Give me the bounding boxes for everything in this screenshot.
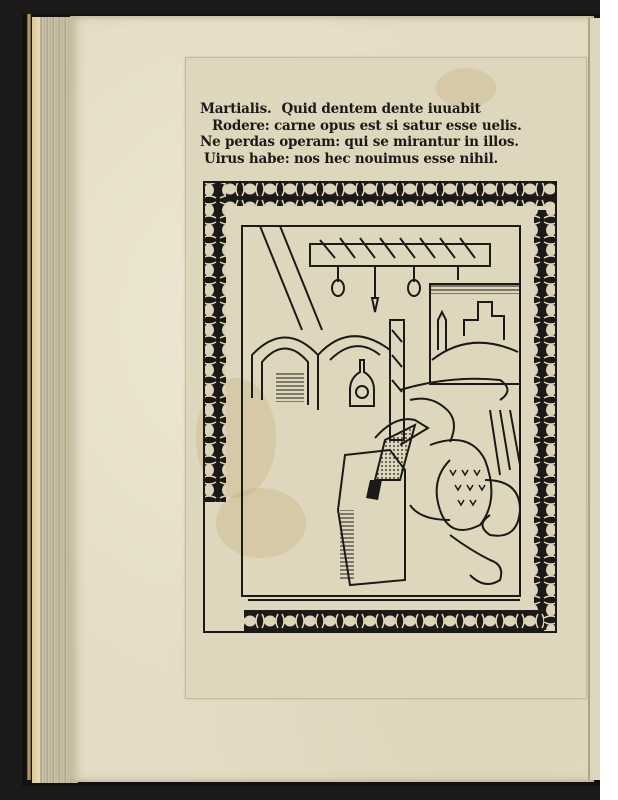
verse-line-2: Rodere: carne opus est si satur esse uel…	[200, 118, 560, 135]
verse-line-4: Uirus habe: nos hec nouimus esse nihil.	[200, 151, 560, 168]
dragon-woodcut-icon	[200, 180, 560, 637]
gilt-edge-line	[27, 14, 31, 780]
author-label: Martialis.	[200, 101, 271, 117]
epigram-text: Martialis.Quid dentem dente iuuabit Rode…	[200, 101, 560, 167]
verse-text: Quid dentem dente iuuabit	[281, 101, 480, 117]
woodcut-illustration	[200, 180, 560, 637]
verse-line-3: Ne perdas operam: qui se mirantur in ill…	[200, 134, 560, 151]
verse-line-1: Martialis.Quid dentem dente iuuabit	[200, 101, 560, 118]
page-edge-right	[590, 18, 600, 780]
scan-background: Martialis.Quid dentem dente iuuabit Rode…	[0, 0, 600, 800]
